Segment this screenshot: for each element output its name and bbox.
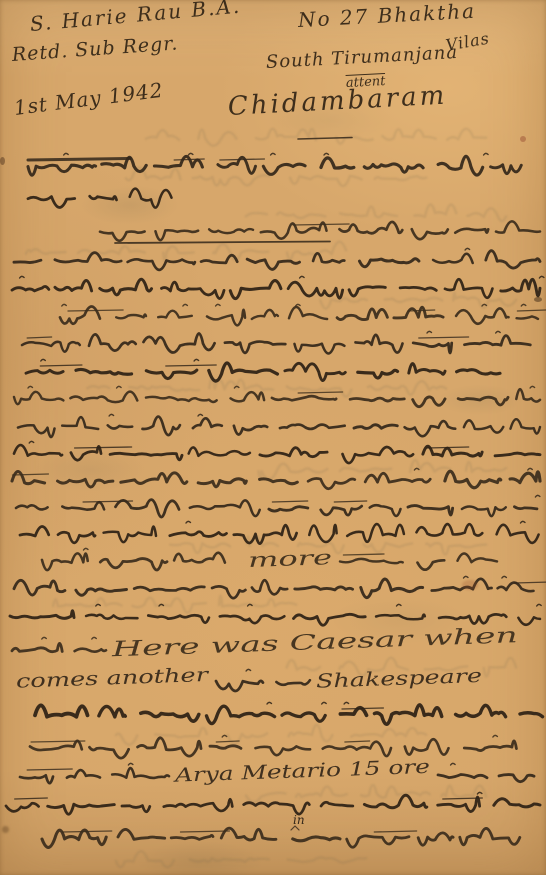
ink-stroke: [445, 471, 501, 488]
ink-stroke: [76, 589, 127, 595]
english-fragment: Shakespeare: [316, 665, 483, 693]
ink-stroke: [121, 473, 187, 484]
ink-stroke: [118, 829, 165, 839]
ink-stroke: [225, 342, 285, 353]
ink-stroke: [84, 548, 89, 550]
ink-stroke: [464, 576, 469, 578]
ink-stroke: [349, 287, 385, 296]
ink-stroke: [116, 314, 146, 318]
ink-stroke: [413, 343, 452, 353]
ink-stroke: [456, 308, 508, 323]
ink-stroke: [460, 828, 520, 844]
manuscript-page: S. Harie Rau B.A. Retd. Sub Regr. No 27 …: [0, 0, 546, 875]
ghost-stroke: [277, 213, 325, 218]
ghost-stroke: [296, 787, 347, 797]
ink-stroke: [246, 669, 251, 671]
ghost-stroke: [364, 543, 413, 552]
ink-stroke: [222, 735, 227, 737]
script-line: [28, 189, 172, 208]
ink-stroke: [418, 560, 445, 569]
script-line: comes anotherShakespeare: [16, 664, 483, 693]
ink-stroke: [143, 417, 180, 436]
ink-stroke: [309, 525, 336, 542]
script-line: Here was Caesar when: [12, 623, 518, 661]
ink-stroke: [6, 803, 39, 811]
ink-stroke: [68, 310, 123, 311]
ink-stroke: [358, 370, 398, 378]
ink-stroke: [439, 614, 506, 623]
ink-stroke: [198, 479, 246, 487]
ink-stroke: [340, 559, 403, 563]
ghost-stroke: [155, 728, 206, 737]
ink-stroke: [517, 310, 545, 311]
ink-stroke: [12, 472, 45, 484]
ghost-stroke: [246, 793, 286, 802]
ink-stroke: [183, 304, 188, 306]
ink-stroke: [295, 344, 345, 354]
ink-stroke: [154, 156, 202, 167]
script-line: more: [42, 545, 497, 572]
ink-stroke: [190, 500, 260, 516]
ghost-stroke: [351, 728, 426, 737]
ghost-stroke: [26, 249, 65, 253]
english-fragment: comes another: [16, 664, 211, 693]
ink-stroke: [464, 741, 516, 751]
ink-stroke: [26, 370, 63, 373]
ink-stroke: [298, 392, 342, 393]
script-line: [60, 304, 546, 325]
ink-stroke: [216, 304, 221, 306]
ghost-stroke: [190, 858, 269, 862]
ink-stroke: [27, 769, 72, 770]
ink-stroke: [494, 799, 540, 807]
ghost-stroke: [368, 381, 446, 394]
insertion-note: in: [293, 813, 305, 827]
ink-stroke: [201, 255, 237, 263]
ghost-stroke: [289, 725, 333, 741]
script-line: [14, 386, 540, 406]
ink-stroke: [64, 153, 68, 155]
ink-stroke: [343, 554, 384, 555]
edge-speck: [0, 157, 5, 165]
ink-stroke: [252, 580, 287, 594]
ink-stroke: [361, 579, 423, 598]
ink-stroke: [207, 310, 245, 326]
ghost-stroke: [426, 543, 486, 554]
ink-stroke: [516, 389, 540, 401]
ink-stroke: [321, 158, 354, 168]
ink-stroke: [58, 532, 95, 543]
ink-stroke: [158, 311, 192, 318]
ink-stroke: [263, 164, 305, 174]
script-line: [100, 221, 540, 240]
ink-stroke: [20, 527, 49, 536]
ink-stroke: [530, 386, 535, 388]
script-line: [30, 735, 516, 758]
ink-stroke: [308, 479, 355, 489]
ink-stroke: [117, 386, 122, 388]
ink-stroke: [364, 164, 423, 172]
ink-stroke: [247, 259, 299, 269]
ink-stroke: [337, 309, 387, 320]
script-line: [14, 248, 540, 270]
ink-stroke: [221, 828, 276, 840]
ghost-stroke: [198, 130, 236, 146]
ink-stroke: [418, 833, 453, 845]
ink-stroke: [322, 702, 327, 704]
ink-stroke: [212, 586, 245, 598]
ghost-stroke: [447, 129, 486, 140]
ink-stroke: [75, 447, 132, 448]
ink-stroke: [128, 763, 133, 765]
ink-stroke: [100, 279, 152, 295]
ink-stroke: [55, 253, 121, 262]
ink-stroke: [156, 230, 199, 240]
script-line: [6, 792, 540, 814]
ink-stroke: [42, 830, 106, 847]
ink-stroke: [109, 414, 114, 416]
ink-stroke: [300, 276, 305, 278]
ink-stroke: [269, 507, 308, 511]
ghost-stroke: [484, 658, 516, 676]
ghost-stroke: [287, 242, 346, 260]
ink-stroke: [16, 505, 48, 509]
ink-stroke: [14, 260, 41, 262]
ink-stroke: [394, 307, 443, 318]
ink-stroke: [445, 279, 492, 298]
handwriting-layer: moreHere was Caesar whencomes anotherSha…: [0, 0, 546, 875]
ink-stroke: [267, 702, 272, 704]
ink-stroke: [289, 307, 327, 319]
ghost-stroke: [78, 246, 145, 254]
ink-stroke: [174, 553, 225, 563]
ink-stroke: [414, 468, 419, 470]
ink-stroke: [518, 617, 540, 625]
ink-stroke: [18, 425, 55, 437]
ink-stroke: [272, 501, 307, 502]
ink-stroke: [100, 232, 145, 241]
ink-stroke: [189, 447, 250, 455]
ink-stroke: [364, 795, 426, 807]
ink-stroke: [134, 587, 204, 591]
ink-stroke: [146, 370, 197, 378]
english-fragment: more: [248, 545, 333, 572]
ink-stroke: [62, 502, 104, 510]
ink-stroke: [462, 507, 506, 517]
ink-stroke: [10, 611, 74, 619]
ink-stroke: [405, 421, 456, 436]
ink-stroke: [520, 713, 543, 717]
ink-stroke: [511, 419, 541, 433]
edge-speck: [534, 297, 542, 302]
foxing-stain: [520, 136, 526, 142]
ink-stroke: [458, 554, 498, 563]
ink-stroke: [408, 310, 435, 311]
ink-stroke: [28, 197, 75, 208]
ink-stroke: [148, 615, 209, 623]
foxing-stain: [462, 580, 478, 590]
ink-stroke: [216, 681, 263, 691]
ink-stroke: [413, 397, 445, 407]
ghost-stroke: [340, 207, 397, 217]
ink-stroke: [294, 614, 366, 625]
ghost-stroke: [193, 175, 270, 185]
ink-stroke: [451, 763, 456, 765]
ink-stroke: [207, 706, 275, 723]
ink-stroke: [12, 286, 49, 290]
ink-stroke: [86, 615, 137, 619]
ink-stroke: [374, 831, 416, 832]
ink-stroke: [510, 472, 540, 483]
ink-stroke: [342, 708, 383, 709]
ink-stroke: [12, 643, 62, 651]
ink-stroke: [282, 713, 325, 721]
ink-stroke: [344, 702, 349, 704]
ink-stroke: [230, 281, 281, 299]
ink-stroke: [313, 253, 344, 262]
ghost-stroke: [361, 785, 429, 797]
underline-stroke: [28, 159, 130, 161]
ink-stroke: [464, 420, 503, 432]
ink-stroke: [539, 276, 544, 278]
ink-stroke: [260, 448, 327, 457]
ink-stroke: [521, 521, 526, 523]
script-line: [42, 828, 520, 847]
ink-stroke: [295, 587, 353, 590]
ghost-stroke: [228, 733, 267, 743]
ink-stroke: [144, 333, 215, 352]
ink-stroke: [517, 316, 538, 319]
ink-stroke: [293, 837, 340, 841]
ink-stroke: [400, 287, 436, 290]
ink-stroke: [55, 281, 92, 291]
ink-stroke: [20, 775, 53, 783]
ink-stroke: [499, 775, 534, 782]
ink-stroke: [27, 337, 51, 338]
ink-stroke: [347, 836, 409, 847]
ghost-stroke: [146, 130, 179, 140]
ink-stroke: [75, 649, 106, 652]
ink-stroke: [58, 479, 113, 487]
ink-stroke: [417, 524, 483, 536]
ink-stroke: [502, 576, 507, 578]
ink-stroke: [321, 802, 353, 806]
ink-stroke: [141, 712, 199, 721]
ink-stroke: [360, 259, 419, 267]
ink-stroke: [347, 524, 404, 542]
ink-stroke: [477, 792, 482, 794]
ghost-stroke: [246, 213, 267, 216]
ink-stroke: [345, 741, 370, 742]
ink-stroke: [89, 334, 136, 350]
ink-stroke: [194, 359, 199, 361]
ghost-stroke: [466, 462, 506, 472]
ink-stroke: [166, 365, 216, 366]
ink-stroke: [63, 831, 112, 832]
ink-stroke: [67, 770, 100, 778]
ink-stroke: [62, 304, 67, 306]
ghost-stroke: [163, 246, 193, 260]
ink-stroke: [419, 337, 469, 338]
edge-speck: [2, 826, 9, 833]
ink-stroke: [408, 506, 453, 515]
ink-stroke: [48, 804, 115, 814]
ink-stroke: [110, 453, 182, 459]
ink-stroke: [334, 501, 366, 502]
ink-stroke: [405, 739, 449, 754]
ink-stroke: [188, 153, 193, 155]
ink-stroke: [484, 153, 489, 155]
ink-stroke: [438, 156, 483, 175]
ink-stroke: [193, 418, 222, 428]
ghost-stroke: [116, 734, 137, 745]
ink-stroke: [465, 336, 531, 346]
ink-stroke: [497, 525, 539, 543]
ghost-stroke: [288, 857, 366, 862]
ink-stroke: [528, 468, 533, 470]
ink-stroke: [535, 495, 540, 497]
ink-stroke: [171, 835, 213, 839]
ink-stroke: [231, 392, 265, 401]
ink-stroke: [122, 806, 150, 812]
ink-stroke: [76, 369, 132, 374]
ink-stroke: [491, 165, 522, 174]
ghost-stroke: [287, 660, 320, 670]
ghost-stroke: [170, 543, 230, 553]
script-line: [12, 276, 544, 298]
ink-stroke: [272, 396, 336, 400]
ink-stroke: [138, 738, 201, 756]
ink-stroke: [285, 363, 345, 380]
ink-stroke: [537, 604, 542, 606]
ink-stroke: [486, 251, 540, 268]
ink-stroke: [456, 705, 506, 716]
ink-stroke: [293, 224, 349, 225]
ink-stroke: [108, 425, 133, 428]
ink-stroke: [501, 279, 540, 295]
ink-stroke: [128, 259, 195, 270]
ink-stroke: [457, 370, 500, 374]
script-line: [22, 331, 530, 353]
ghost-stroke: [87, 386, 109, 388]
ink-stroke: [14, 392, 63, 404]
ink-stroke: [365, 473, 430, 482]
ink-stroke: [256, 746, 311, 755]
ink-stroke: [90, 747, 129, 758]
ink-stroke: [42, 553, 88, 570]
ink-stroke: [35, 705, 88, 716]
ink-stroke: [22, 342, 80, 352]
script-line: Arya Metario 15 ore: [20, 756, 534, 787]
script-line: [26, 359, 500, 381]
script-lines-layer: moreHere was Caesar whencomes anotherSha…: [6, 138, 546, 848]
ink-stroke: [375, 705, 442, 724]
ink-stroke: [209, 363, 278, 381]
script-line: [16, 495, 540, 517]
script-line: [35, 702, 543, 724]
ink-stroke: [427, 331, 432, 333]
ghost-stroke: [133, 598, 206, 613]
ink-stroke: [370, 505, 401, 516]
ink-stroke: [321, 506, 362, 515]
ink-stroke: [280, 425, 345, 429]
ghost-stroke: [320, 298, 366, 308]
ink-stroke: [186, 521, 191, 523]
ink-stroke: [41, 359, 46, 361]
ink-stroke: [493, 735, 498, 737]
ink-stroke: [412, 229, 448, 239]
ink-stroke: [409, 364, 445, 375]
ink-stroke: [260, 479, 298, 484]
ghost-stroke: [375, 176, 426, 180]
ghost-stroke: [290, 176, 361, 186]
ink-stroke: [216, 741, 239, 742]
script-line: [20, 521, 539, 543]
ghost-stroke: [259, 464, 328, 480]
script-line: [28, 153, 521, 175]
ink-stroke: [14, 445, 62, 456]
ink-stroke: [288, 282, 342, 298]
ink-stroke: [130, 189, 172, 208]
ink-stroke: [164, 799, 233, 811]
ink-stroke: [354, 425, 397, 429]
ink-stroke: [70, 392, 137, 402]
ink-stroke: [376, 615, 425, 620]
ghost-stroke: [129, 386, 199, 390]
ink-stroke: [296, 304, 301, 306]
ink-stroke: [220, 159, 265, 160]
ink-stroke: [455, 229, 488, 233]
ink-stroke: [42, 637, 47, 639]
ink-stroke: [343, 447, 414, 463]
ink-stroke: [96, 604, 101, 606]
ink-stroke: [28, 165, 96, 175]
ink-stroke: [234, 426, 267, 435]
ink-stroke: [427, 447, 469, 448]
ink-stroke: [28, 386, 33, 388]
ink-stroke: [209, 229, 253, 233]
ink-stroke: [62, 417, 98, 429]
ink-stroke: [496, 331, 501, 333]
ink-stroke: [170, 532, 227, 537]
ink-stroke: [433, 254, 473, 263]
ink-stroke: [465, 248, 470, 250]
ink-stroke: [521, 304, 526, 306]
ink-stroke: [234, 525, 297, 543]
ink-stroke: [438, 775, 487, 778]
ink-stroke: [40, 365, 82, 366]
english-fragment: Here was Caesar when: [110, 623, 518, 661]
ink-stroke: [324, 153, 329, 155]
ink-stroke: [356, 335, 403, 353]
ink-stroke: [350, 398, 404, 401]
ink-stroke: [276, 680, 310, 685]
ink-stroke: [116, 500, 180, 518]
ink-stroke: [60, 307, 100, 324]
ghost-stroke: [116, 851, 174, 867]
ink-stroke: [515, 582, 546, 583]
ink-stroke: [496, 221, 540, 232]
ghost-stroke: [383, 129, 436, 139]
script-line: [18, 414, 540, 437]
ink-stroke: [99, 706, 125, 716]
ink-stroke: [146, 397, 217, 402]
ink-stroke: [458, 397, 508, 405]
ghost-stroke: [415, 205, 457, 217]
ink-stroke: [13, 474, 49, 475]
ink-stroke: [397, 604, 402, 606]
ink-stroke: [29, 441, 34, 443]
